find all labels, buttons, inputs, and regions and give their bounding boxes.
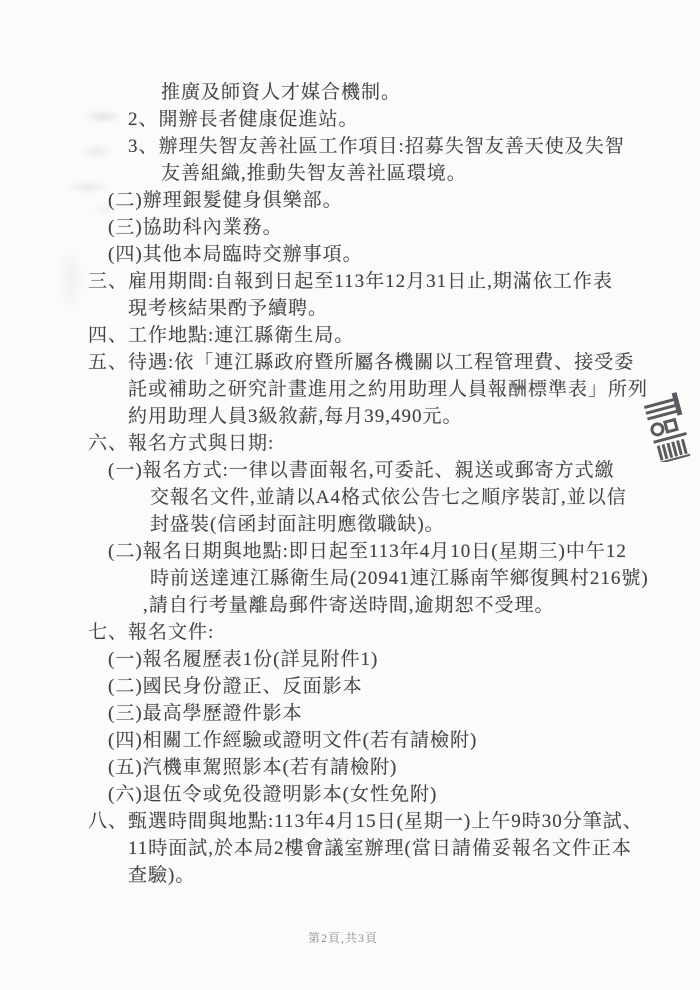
document-line: ,請自行考量離島郵件寄送時間,逾期恕不受理。 [143,592,700,619]
document-line: 封盛裝(信函封面註明應徵職缺)。 [150,511,700,538]
document-line: (二)國民身份證正、反面影本 [108,673,700,700]
document-line: (一)報名方式:一律以書面報名,可委託、親送或郵寄方式繳 [108,457,700,484]
document-line: 推廣及師資人才媒合機制。 [161,79,700,106]
document-line: (三)協助科內業務。 [108,214,700,241]
document-line: 現考核結果酌予續聘。 [128,295,700,322]
document-line: 交報名文件,並請以A4格式依公告七之順序裝訂,並以信 [150,484,700,511]
document-line: 11時面試,於本局2樓會議室辦理(當日請備妥報名文件正本 [128,835,700,862]
document-line: 五、待遇:依「連江縣政府暨所屬各機關以工程管理費、接受委 [88,349,700,376]
document-line: (四)其他本局臨時交辦事項。 [108,241,700,268]
document-line: (六)退伍令或免役證明影本(女性免附) [108,781,700,808]
scanned-document-page: 推廣及師資人才媒合機制。2、開辦長者健康促進站。3、辦理失智友善社區工作項目:招… [0,0,700,990]
document-line: 查驗)。 [128,862,700,889]
document-line: 時前送達連江縣衛生局(20941連江縣南竿鄉復興村216號) [150,565,700,592]
document-line: (二)辦理銀髮健身俱樂部。 [108,187,700,214]
document-line: 託或補助之研究計畫進用之約用助理人員報酬標準表」所列 [128,376,700,403]
document-line: 六、報名方式與日期: [88,430,700,457]
document-line: 三、雇用期間:自報到日起至113年12月31日止,期滿依工作表 [88,268,700,295]
document-line: (五)汽機車駕照影本(若有請檢附) [108,754,700,781]
document-line: 四、工作地點:連江縣衛生局。 [88,322,700,349]
document-line: (一)報名履歷表1份(詳見附件1) [108,646,700,673]
document-line: 約用助理人員3級敘薪,每月39,490元。 [128,403,700,430]
document-line: (三)最高學歷證件影本 [108,700,700,727]
document-line: (四)相關工作經驗或證明文件(若有請檢附) [108,727,700,754]
document-line: (二)報名日期與地點:即日起至113年4月10日(星期三)中午12 [108,538,700,565]
ink-stamp-icon [644,390,696,462]
document-body: 推廣及師資人才媒合機制。2、開辦長者健康促進站。3、辦理失智友善社區工作項目:招… [0,79,700,889]
document-line: 友善組織,推動失智友善社區環境。 [161,160,700,187]
document-line: 3、辦理失智友善社區工作項目:招募失智友善天使及失智 [128,133,700,160]
document-line: 八、甄選時間與地點:113年4月15日(星期一)上午9時30分筆試、 [88,808,700,835]
document-line: 七、報名文件: [88,619,700,646]
page-footer: 第2頁,共3頁 [0,929,686,946]
document-line: 2、開辦長者健康促進站。 [128,106,700,133]
